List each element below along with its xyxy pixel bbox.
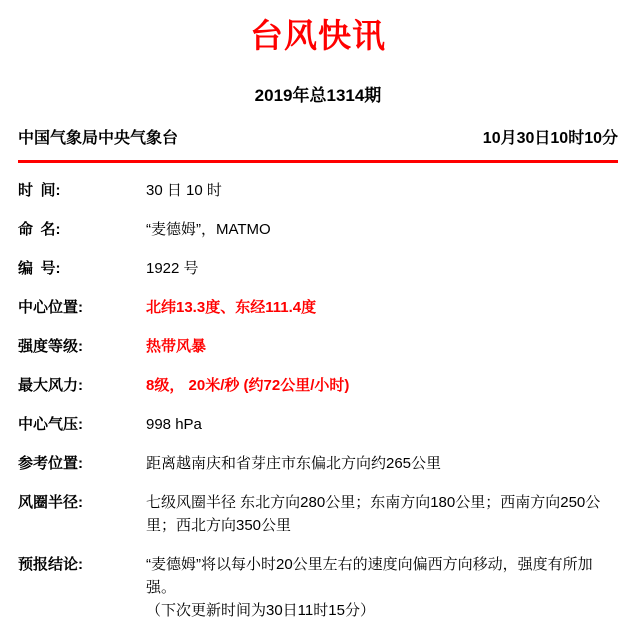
- row-value: 30 日 10 时: [146, 171, 618, 210]
- row-label: 最大风力:: [18, 366, 146, 405]
- row-label: 中心气压:: [18, 405, 146, 444]
- row-value-line: 北纬13.3度、东经111.4度: [146, 296, 618, 319]
- bulletin-row: 风圈半径:七级风圈半径 东北方向280公里；东南方向180公里；西南方向250公…: [18, 483, 618, 545]
- row-value: 距离越南庆和省芽庄市东偏北方向约265公里: [146, 444, 618, 483]
- row-value-line: “麦德姆”，MATMO: [146, 218, 618, 241]
- row-label: 编 号:: [18, 249, 146, 288]
- row-value-line: 距离越南庆和省芽庄市东偏北方向约265公里: [146, 452, 618, 475]
- bulletin-table: 时 间:30 日 10 时命 名:“麦德姆”，MATMO编 号:1922 号中心…: [18, 171, 618, 630]
- bulletin-row: 中心气压:998 hPa: [18, 405, 618, 444]
- row-value: 8级， 20米/秒 (约72公里/小时): [146, 366, 618, 405]
- row-label: 预报结论:: [18, 545, 146, 630]
- row-value-line: 热带风暴: [146, 335, 618, 358]
- row-value-line: 七级风圈半径 东北方向280公里；东南方向180公里；西南方向250公里；西北方…: [146, 491, 618, 537]
- meta-row: 中国气象局中央气象台 10月30日10时10分: [18, 129, 618, 148]
- row-label: 风圈半径:: [18, 483, 146, 545]
- red-divider: [18, 160, 618, 163]
- row-label: 强度等级:: [18, 327, 146, 366]
- row-value-line: 1922 号: [146, 257, 618, 280]
- row-value: 1922 号: [146, 249, 618, 288]
- row-label: 命 名:: [18, 210, 146, 249]
- bulletin-row: 中心位置:北纬13.3度、东经111.4度: [18, 288, 618, 327]
- row-label: 中心位置:: [18, 288, 146, 327]
- row-value-line: 998 hPa: [146, 413, 618, 436]
- bulletin-row: 预报结论:“麦德姆”将以每小时20公里左右的速度向偏西方向移动，强度有所加强。（…: [18, 545, 618, 630]
- bulletin-row: 编 号:1922 号: [18, 249, 618, 288]
- bulletin-row: 强度等级:热带风暴: [18, 327, 618, 366]
- row-value: 热带风暴: [146, 327, 618, 366]
- row-value: “麦德姆”，MATMO: [146, 210, 618, 249]
- row-value-line: “麦德姆”将以每小时20公里左右的速度向偏西方向移动，强度有所加强。: [146, 553, 618, 599]
- page-title: 台风快讯: [18, 12, 618, 56]
- row-label: 参考位置:: [18, 444, 146, 483]
- issue-number: 2019年总1314期: [18, 86, 618, 106]
- bulletin-row: 命 名:“麦德姆”，MATMO: [18, 210, 618, 249]
- bulletin-row: 参考位置:距离越南庆和省芽庄市东偏北方向约265公里: [18, 444, 618, 483]
- row-value-line: 8级， 20米/秒 (约72公里/小时): [146, 374, 618, 397]
- row-value: 七级风圈半径 东北方向280公里；东南方向180公里；西南方向250公里；西北方…: [146, 483, 618, 545]
- bulletin-rows: 时 间:30 日 10 时命 名:“麦德姆”，MATMO编 号:1922 号中心…: [18, 171, 618, 630]
- typhoon-bulletin-document: 台风快讯 2019年总1314期 中国气象局中央气象台 10月30日10时10分…: [0, 0, 635, 630]
- bulletin-row: 最大风力:8级， 20米/秒 (约72公里/小时): [18, 366, 618, 405]
- row-value: “麦德姆”将以每小时20公里左右的速度向偏西方向移动，强度有所加强。（下次更新时…: [146, 545, 618, 630]
- row-value-line: （下次更新时间为30日11时15分）: [146, 599, 618, 622]
- row-value: 998 hPa: [146, 405, 618, 444]
- bulletin-row: 时 间:30 日 10 时: [18, 171, 618, 210]
- row-value-line: 30 日 10 时: [146, 179, 618, 202]
- row-value: 北纬13.3度、东经111.4度: [146, 288, 618, 327]
- agency-name: 中国气象局中央气象台: [18, 129, 178, 148]
- issue-datetime: 10月30日10时10分: [483, 129, 618, 148]
- row-label: 时 间:: [18, 171, 146, 210]
